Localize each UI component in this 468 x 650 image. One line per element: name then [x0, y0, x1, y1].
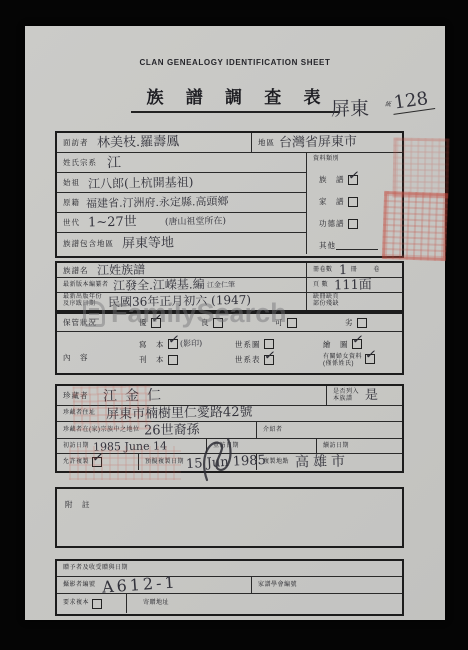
condition-excellent-label: 優 — [139, 317, 148, 328]
content-illustrations-checkbox — [352, 339, 362, 349]
category-header: 資料類別 — [313, 156, 396, 163]
condition-section: 保管狀況 優 良 可 劣 內 容 寫 本(影印) 世系圖 繪 圖 刊 本 世系表 — [55, 312, 404, 375]
content-manuscript-checkbox — [168, 339, 178, 349]
content-pedigree-table-label: 世系表 — [235, 354, 261, 365]
category-gongdepu-checkbox — [348, 219, 358, 229]
category-jiapu-label: 家 譜 — [319, 196, 345, 207]
included-label-line1: 是否列入 — [333, 389, 359, 396]
interviewer-value: 林美枝.羅壽鳳 — [96, 135, 178, 149]
condition-good-label: 良 — [201, 317, 210, 328]
coverage-value: 屏東等地 — [122, 237, 174, 251]
founder-value: 江八郎(上杭開基祖) — [88, 176, 194, 190]
compiler-label: 最新版本編纂者 — [63, 282, 109, 289]
request-copy-label: 要求複本 — [63, 600, 89, 607]
number-label: 統 — [385, 102, 392, 108]
content-women-checkbox — [365, 354, 375, 364]
volumes-value: 1 — [338, 263, 347, 276]
copy-place-value: 高雄市 — [295, 455, 349, 470]
photographer-no-value: A612-1 — [101, 574, 178, 595]
donor-label: 贈予者及收受贈與日期 — [63, 565, 128, 572]
compiler-note: 江金仁筆 — [207, 281, 235, 288]
content-pedigree-chart-label: 世系圖 — [235, 339, 261, 350]
publish-date-label-line1: 最新出版年份 — [63, 294, 102, 301]
condition-fair-label: 可 — [275, 317, 284, 328]
clan-position-value: 26世裔孫 — [143, 423, 199, 437]
mail-address-label: 寄贈地址 — [143, 600, 169, 607]
followup-label: 續訪日期 — [323, 443, 349, 450]
region-handwritten: 屏東 — [331, 100, 369, 120]
form-title: 族 譜 調 查 表 — [131, 83, 340, 113]
scanned-document: CLAN GENEALOGY IDENTIFICATION SHEET 族 譜 … — [0, 0, 468, 650]
condition-label: 保管狀況 — [63, 317, 97, 328]
content-women-note: (僅係姓氏) — [323, 361, 362, 368]
category-zupu-checkbox — [348, 175, 358, 185]
red-stamp-overlay-dates — [69, 446, 181, 480]
interviewer-label: 面訪者 — [63, 137, 89, 148]
content-printed-label: 刊 本 — [139, 354, 165, 365]
missing-label-line2: 部份殘缺 — [313, 301, 339, 308]
content-manuscript-note: (影印) — [179, 340, 201, 348]
volumes-unit1: 冊 — [351, 267, 358, 274]
number-handwritten: 128 — [390, 89, 435, 115]
origin-label: 原籍 — [63, 197, 80, 208]
category-jiapu-checkbox — [348, 197, 358, 207]
condition-poor-label: 劣 — [345, 317, 354, 328]
content-label: 內 容 — [63, 352, 89, 363]
generations-note: (唐山祖堂所在) — [165, 217, 226, 227]
content-manuscript-label: 寫 本 — [139, 339, 165, 350]
red-stamp-overlay-collector — [73, 385, 152, 430]
document-page: CLAN GENEALOGY IDENTIFICATION SHEET 族 譜 … — [25, 26, 445, 620]
content-printed-checkbox — [168, 355, 178, 365]
publish-date-value: 民國36年正月初六 (1947) — [108, 293, 251, 307]
identity-section: 面訪者 林美枝.羅壽鳳 地區 台灣省屏東市 姓氏宗系 江 始祖 江八郎(上杭開 — [55, 131, 404, 258]
compiler-value: 江發全.江嶸基.編 — [112, 278, 204, 292]
publish-date-label-line2: 及序跋日期 — [63, 301, 102, 308]
notes-section: 附 註 — [55, 487, 404, 548]
pages-label: 頁 數 — [313, 282, 328, 289]
included-label-line2: 本族譜 — [333, 396, 359, 403]
area-value: 台灣省屏東市 — [279, 135, 357, 149]
content-pedigree-table-checkbox — [264, 355, 274, 365]
volumes-unit2: 卷 — [373, 267, 380, 274]
volumes-label: 冊卷數 — [313, 267, 333, 274]
category-gongdepu-label: 功德譜 — [319, 218, 345, 229]
notes-label: 附 註 — [65, 500, 91, 509]
book-title-value: 江姓族譜 — [96, 264, 144, 277]
society-no-label: 家譜學會編號 — [258, 582, 297, 589]
condition-excellent-checkbox — [151, 318, 161, 328]
request-copy-checkbox — [92, 599, 102, 609]
condition-good-checkbox — [213, 318, 223, 328]
pages-value: 111面 — [334, 278, 372, 292]
handwriting-flourish — [197, 434, 239, 482]
book-title-label: 族譜名 — [63, 265, 89, 276]
form-eyebrow-title: CLAN GENEALOGY IDENTIFICATION SHEET — [25, 58, 445, 67]
coverage-label: 族譜包含地區 — [63, 238, 114, 249]
document-number: 統128 — [385, 92, 434, 112]
photographer-no-label: 攝影者編號 — [63, 582, 96, 589]
category-other-label: 其他 — [319, 240, 336, 251]
included-value: 是 — [365, 389, 378, 402]
generations-value: 1~27世 — [88, 216, 137, 230]
content-illustrations-label: 繪 圖 — [323, 339, 349, 350]
admin-section: 贈予者及收受贈與日期 攝影者編號 A612-1 家譜學會編號 要求複本 寄 — [55, 559, 404, 616]
form-title-wrap: 族 譜 調 查 表 — [25, 83, 445, 113]
content-women-label: 有關婦女資料 — [323, 354, 362, 361]
red-seal-stamp-upper — [392, 138, 449, 199]
copy-place-label: 複製地點 — [263, 459, 289, 466]
category-other-blank-line — [336, 241, 378, 250]
introducer-label: 介紹者 — [263, 427, 283, 434]
surname-label: 姓氏宗系 — [63, 157, 97, 168]
condition-fair-checkbox — [287, 318, 297, 328]
missing-label-line1: 缺冊缺頁 — [313, 294, 339, 301]
condition-poor-checkbox — [357, 318, 367, 328]
area-label: 地區 — [258, 137, 275, 148]
red-seal-stamp-main — [382, 191, 448, 261]
category-zupu-label: 族 譜 — [319, 174, 345, 185]
generations-label: 世代 — [63, 217, 80, 228]
book-section: 族譜名 江姓族譜 最新版本編纂者 江發全.江嶸基.編 江金仁筆 最新出版年份 及… — [55, 261, 404, 312]
origin-value: 福建省.汀洲府.永定縣.高頭鄉 — [86, 196, 229, 209]
surname-value: 江 — [107, 155, 121, 169]
founder-label: 始祖 — [63, 177, 80, 188]
